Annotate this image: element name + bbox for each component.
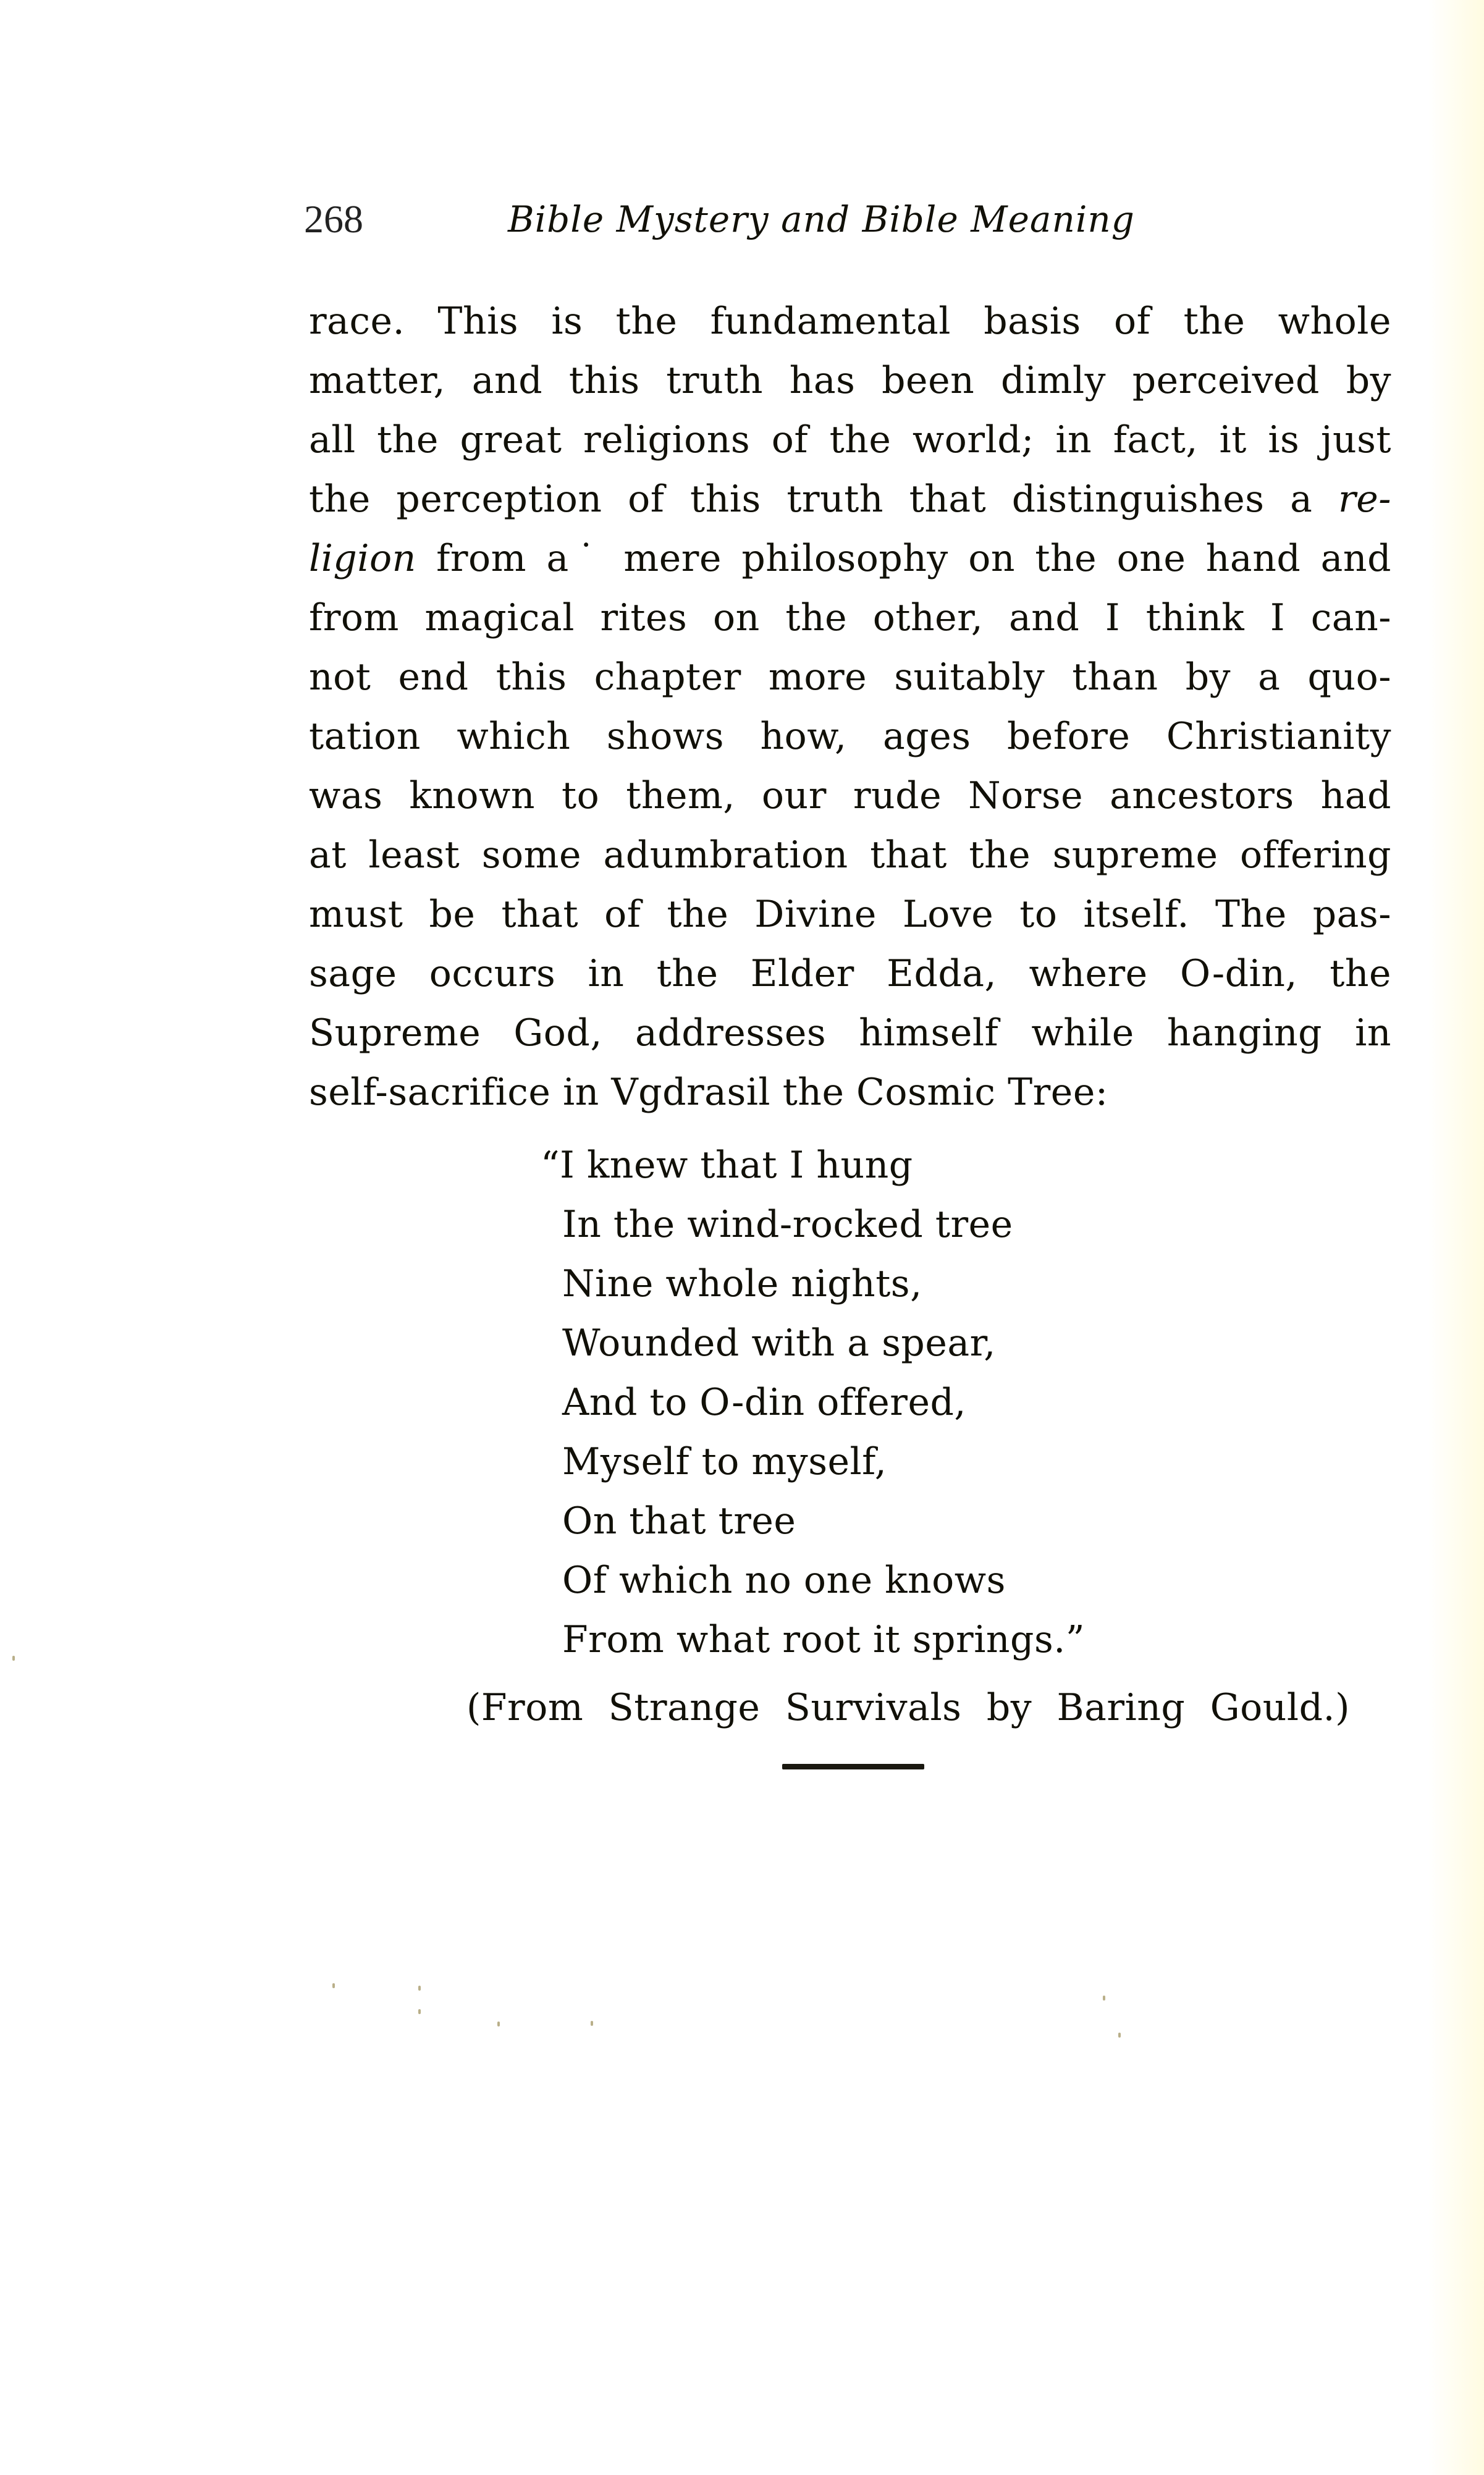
body-paragraph: race. This is the fundamental basis of t… [309, 292, 1391, 1122]
text-line: ligion from a˙ mere philosophy on the on… [309, 529, 1391, 588]
text-line: sage occurs in the Elder Edda, where O-d… [309, 944, 1391, 1003]
scan-speck [1118, 2033, 1121, 2038]
poem-quotation: “I knew that I hung In the wind-rocked t… [541, 1136, 1282, 1669]
text-line: race. This is the fundamental basis of t… [309, 292, 1391, 351]
scan-speck [497, 2022, 500, 2026]
text-line: must be that of the Divine Love to itsel… [309, 885, 1391, 944]
poem-line: Of which no one knows [541, 1551, 1282, 1610]
text-line: was known to them, our rude Norse ancest… [309, 766, 1391, 825]
text-fragment: the perception of this truth that distin… [309, 478, 1312, 521]
text-line: all the great religions of the world; in… [309, 410, 1391, 470]
scan-speck [591, 2021, 593, 2026]
citation: (From Strange Survivals by Baring Gould.… [466, 1678, 1350, 1737]
italic-fragment: ligion [309, 537, 416, 580]
text-line: at least some adumbration that the supre… [309, 825, 1391, 885]
poem-line: Myself to myself, [541, 1432, 1282, 1491]
text-line: from magical rites on the other, and I t… [309, 588, 1391, 647]
poem-line: “I knew that I hung [541, 1136, 1282, 1195]
italic-fragment: re- [1338, 478, 1391, 521]
running-title: Bible Mystery and Bible Meaning [508, 192, 1135, 247]
running-header: 268 Bible Mystery and Bible Meaning [304, 192, 1416, 247]
text-fragment: from a˙ mere philosophy on the one hand … [436, 537, 1391, 580]
scan-speck [418, 2009, 421, 2014]
text-line: not end this chapter more suitably than … [309, 647, 1391, 707]
poem-line: Wounded with a spear, [541, 1313, 1282, 1373]
scan-speck [332, 1983, 335, 1988]
poem-line: From what root it springs.” [541, 1610, 1282, 1669]
poem-line: On that tree [541, 1491, 1282, 1551]
text-line: Supreme God, addresses himself while han… [309, 1003, 1391, 1063]
poem-line: In the wind-rocked tree [541, 1195, 1282, 1254]
poem-line: And to O-din offered, [541, 1373, 1282, 1432]
text-line: self-sacrifice in Vgdrasil the Cosmic Tr… [309, 1063, 1391, 1122]
poem-line: Nine whole nights, [541, 1254, 1282, 1313]
section-end-rule [782, 1764, 924, 1769]
page-edge-discoloration [1428, 0, 1484, 2475]
scan-speck [418, 1986, 421, 1991]
scan-speck [12, 1656, 15, 1661]
text-line: the perception of this truth that distin… [309, 470, 1391, 529]
page-number: 268 [304, 192, 363, 247]
text-line: tation which shows how, ages before Chri… [309, 707, 1391, 766]
scan-speck [1103, 1996, 1105, 2001]
text-line: matter, and this truth has been dimly pe… [309, 351, 1391, 410]
